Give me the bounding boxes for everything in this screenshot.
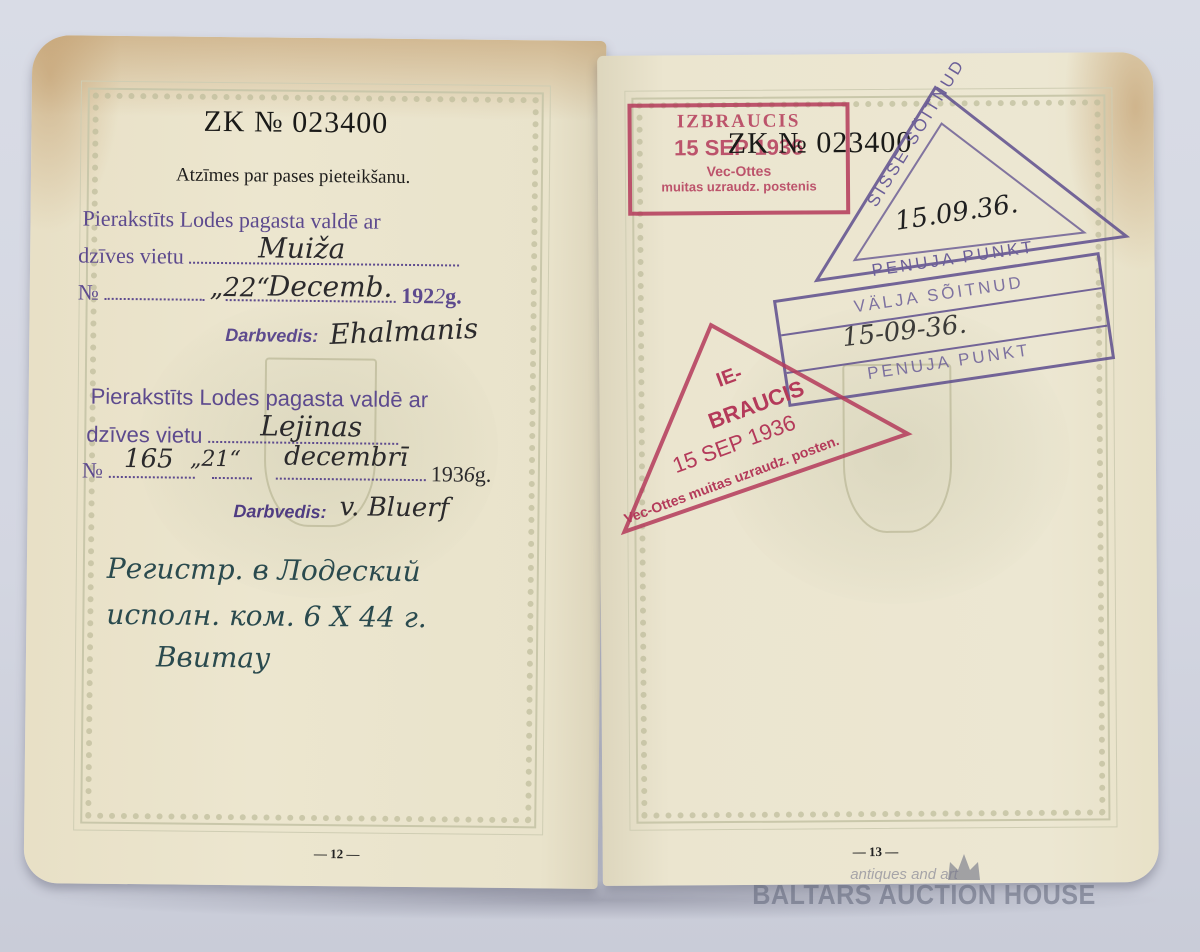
month-handwritten-1: Decemb. — [268, 269, 393, 303]
clerk-label-2: Darbvedis: — [233, 501, 326, 523]
clerk-signature-2: v. Bluerf — [339, 492, 449, 523]
section-heading: Atzīmes par pases pieteikšanu. — [176, 165, 410, 189]
residence-handwritten-1: Muiža — [258, 231, 345, 265]
day-handwritten-2: „21“ — [190, 447, 241, 473]
svg-text:15.09.36.: 15.09.36. — [893, 189, 1020, 237]
residence-handwritten-2: Lejinas — [260, 409, 362, 443]
number-handwritten-2: 165 — [124, 444, 174, 475]
registration-line-1: Pierakstīts Lodes pagasta valdē ar — [82, 206, 380, 235]
month-handwritten-2: decembrī — [284, 442, 408, 473]
left-page: ZK № 023400 Atzīmes par pases pieteikšan… — [24, 35, 607, 889]
registration-line-2: Pierakstīts Lodes pagasta valdē ar — [91, 384, 429, 414]
svg-text:IE-: IE- — [713, 362, 745, 392]
day-handwritten-1: „22“ — [210, 273, 270, 304]
russian-note-line-1: Регистр. в Лодеский — [107, 552, 421, 588]
russian-note-signature: Ввитау — [156, 640, 271, 674]
clerk-label-1: Darbvedis: — [225, 325, 318, 347]
serial-number: ZK № 023400 — [203, 105, 388, 141]
entry-stamp: IE- BRAUCIS 15 SEP 1936 Vec-Ottes muitas… — [623, 324, 914, 541]
right-page: IZBRAUCIS 15 SEP 1936 Vec-Ottes muitas u… — [597, 52, 1159, 886]
watermark: antiques and art BALTARS AUCTION HOUSE — [724, 866, 1124, 911]
page-number: — 12 — — [314, 846, 360, 862]
russian-note-line-2: исполн. ком. 6 X 44 г. — [106, 598, 427, 634]
page-number: — 13 — — [853, 844, 899, 860]
clerk-signature-1: Ehalmanis — [329, 312, 479, 351]
